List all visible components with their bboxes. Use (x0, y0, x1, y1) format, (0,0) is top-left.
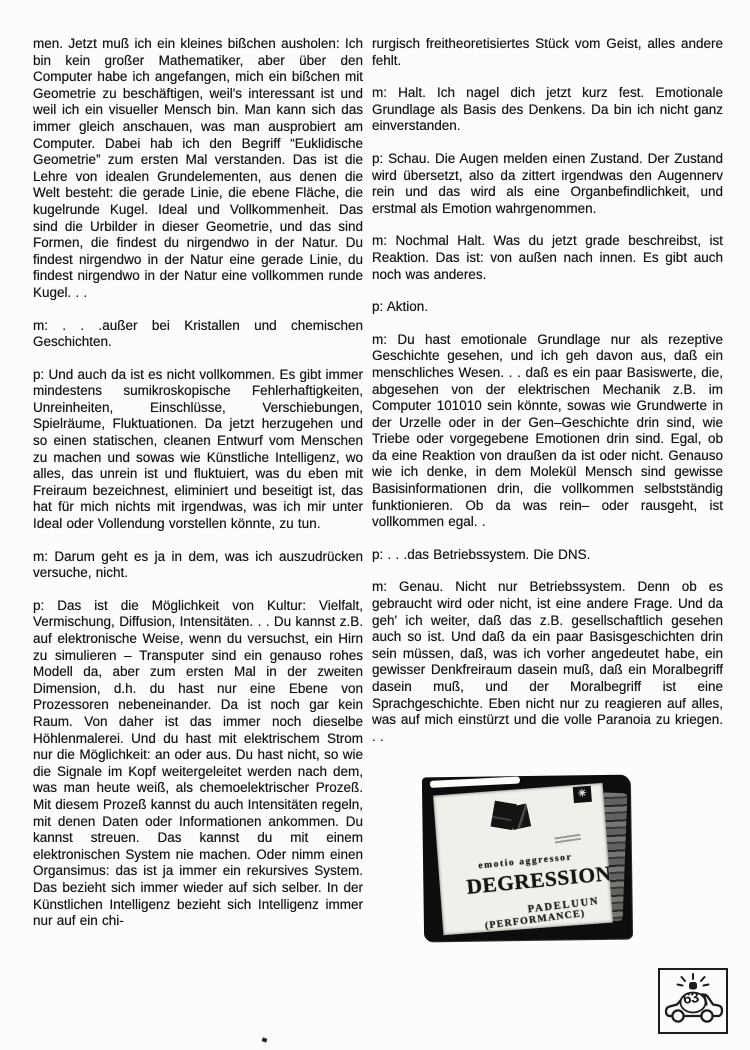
paragraph: m: Halt. Ich nagel dich jetzt kurz fest.… (372, 85, 723, 135)
page-number: 63 (682, 989, 700, 1008)
paragraph: p: Und auch da ist es nicht vollkommen. … (33, 367, 363, 533)
paragraph: p: Aktion. (372, 299, 723, 316)
paragraph: p: Schau. Die Augen melden einen Zustand… (372, 151, 723, 217)
paragraph: rurgisch freitheoretisiertes Stück vom G… (372, 36, 723, 69)
paragraph: p: Das ist die Möglichkeit von Kultur: V… (33, 598, 363, 930)
zine-page: men. Jetzt muß ich ein kleines bißchen a… (0, 0, 750, 1050)
paragraph: m: . . .außer bei Kristallen und chemisc… (33, 318, 363, 351)
right-text-column: rurgisch freitheoretisiertes Stück vom G… (372, 36, 723, 761)
paragraph: m: Nochmal Halt. Was du jetzt grade besc… (372, 233, 723, 283)
left-text-column: men. Jetzt muß ich ein kleines bißchen a… (33, 36, 363, 946)
paragraph: m: Du hast emotionale Grundlage nur als … (372, 332, 723, 531)
paragraph: m: Darum geht es ja in dem, was ich ausz… (33, 549, 363, 582)
paragraph: m: Genau. Nicht nur Betriebssystem. Denn… (372, 579, 723, 745)
postage-stamp-icon (509, 804, 531, 830)
page-number-marker: 63 (658, 968, 728, 1034)
album-cover: ✳ emotio aggressor DEGRESSION PADELUUN (… (433, 783, 613, 935)
ink-smudge (554, 832, 581, 846)
paragraph: men. Jetzt muß ich ein kleines bißchen a… (33, 36, 363, 302)
paragraph: p: . . .das Betriebssystem. Die DNS. (372, 547, 723, 564)
album-cover-photo: ✳ emotio aggressor DEGRESSION PADELUUN (… (422, 775, 632, 942)
scan-speck (261, 1037, 267, 1042)
record-label-logo-icon: ✳ (573, 786, 592, 803)
logo-glyph: ✳ (578, 789, 587, 800)
